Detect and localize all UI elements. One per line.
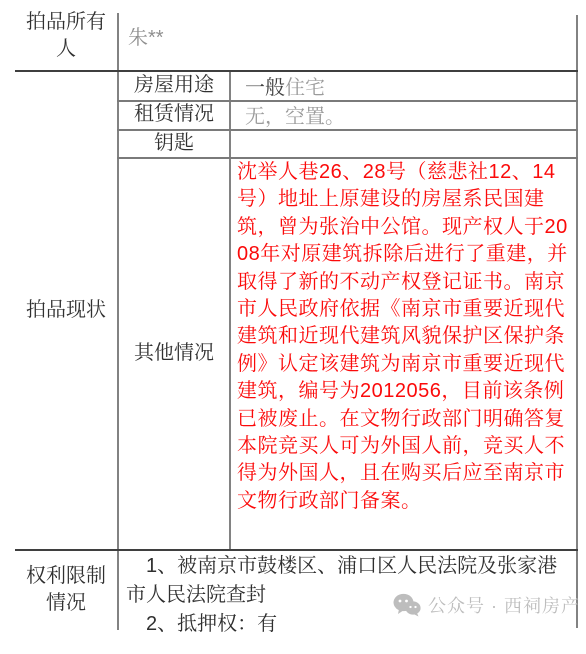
status-label: 拍品现状 [26,297,106,324]
lease-status-label: 租赁情况 [134,101,214,128]
watermark: 公众号 · 西祠房产 [393,592,580,618]
house-usage-value-suffix: 住宅 [285,71,325,100]
auction-detail-table: 拍品所有人 朱** 拍品现状 房屋用途 一般住宅 租赁情况 无，空置。 钥匙 其… [0,0,586,654]
owner-label: 拍品所有人 [20,9,112,63]
key-value [245,129,575,157]
other-conditions-label-cell: 其他情况 [119,157,229,549]
watermark-text: 公众号 · 西祠房产 [428,592,580,618]
other-conditions-remark: 沈举人巷26、28号（慈悲社12、14号）地址上原建设的房屋系民国建筑，曾为张治… [237,159,574,515]
other-conditions-label: 其他情况 [134,340,214,367]
house-usage-value-prefix: 一般 [245,71,285,100]
lease-status-value: 无，空置。 [245,100,575,129]
house-usage-label: 房屋用途 [134,72,214,99]
rights-label: 权利限制情况 [20,563,112,617]
table-border-right [576,15,578,628]
wechat-icon [393,593,421,617]
status-label-cell: 拍品现状 [15,71,117,549]
rights-label-cell: 权利限制情况 [15,549,117,631]
key-label-cell: 钥匙 [119,129,229,157]
owner-value: 朱** [128,0,568,71]
house-usage-label-cell: 房屋用途 [119,71,229,100]
owner-label-cell: 拍品所有人 [15,0,117,71]
house-usage-value: 一般住宅 [245,71,575,100]
table-divider-vertical-col2 [229,71,231,550]
lease-status-label-cell: 租赁情况 [119,100,229,129]
key-label: 钥匙 [154,130,194,157]
